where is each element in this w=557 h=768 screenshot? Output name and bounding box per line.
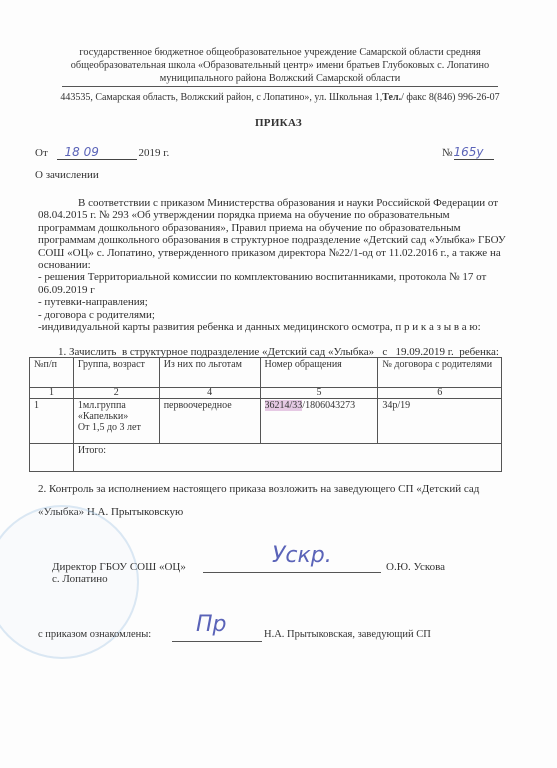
benefit-cell: первоочередное	[159, 399, 260, 444]
request-number-rest: /1806043273	[302, 400, 355, 411]
date-handwritten: 18 09	[57, 145, 137, 160]
total-label: Итого:	[73, 444, 501, 472]
request-number-cell: 36214/33/1806043273	[260, 399, 378, 444]
contract-cell: 34р/19	[378, 399, 502, 444]
address-suffix: / факс 8(846) 996-26-07	[401, 92, 500, 103]
header-cell: Из них по льготам	[159, 358, 260, 388]
column-number: 2	[73, 388, 159, 399]
address-line: 443535, Самарская область, Волжский райо…	[40, 92, 520, 103]
basis-paragraph: В соответствии с приказом Министерства о…	[38, 197, 508, 271]
date-prefix: От	[35, 147, 48, 159]
control-clause: 2. Контроль за исполнением настоящего пр…	[38, 478, 508, 524]
table-row: 1 1мл.группа «Капельки» От 1,5 до 3 лет …	[30, 399, 502, 444]
acknowledged-label: с приказом ознакомлены:	[38, 629, 151, 640]
group-name: 1мл.группа	[78, 400, 155, 411]
order-date: От 18 092019 г.	[35, 145, 169, 160]
row-number: 1	[30, 399, 74, 444]
address-prefix: 443535, Самарская область, Волжский райо…	[60, 92, 382, 103]
column-number: 6	[378, 388, 502, 399]
acknowledged-signature: Пр	[196, 612, 227, 637]
table-header-row: №п/п Группа, возраст Из них по льготам Н…	[30, 358, 502, 388]
organization-header: государственное бюджетное общеобразовате…	[40, 46, 520, 85]
header-cell: Номер обращения	[260, 358, 378, 388]
director-signature: Ускр.	[272, 543, 332, 568]
header-cell: №п/п	[30, 358, 74, 388]
group-age: От 1,5 до 3 лет	[78, 422, 155, 433]
basis-item: - договора с родителями;	[38, 309, 508, 321]
director-location: с. Лопатино	[52, 573, 186, 585]
request-number-highlight: 36214/33	[265, 400, 303, 411]
column-number-row: 1 2 4 5 6	[30, 388, 502, 399]
column-number: 5	[260, 388, 378, 399]
document-page: государственное бюджетное общеобразовате…	[0, 0, 557, 768]
header-cell: № договора с родителями	[378, 358, 502, 388]
basis-item: -индивидуальной карты развития ребенка и…	[38, 321, 508, 333]
header-cell: Группа, возраст	[73, 358, 159, 388]
basis-item: - решения Территориальной комиссии по ко…	[38, 271, 508, 296]
group-age-cell: 1мл.группа «Капельки» От 1,5 до 3 лет	[73, 399, 159, 444]
director-position: Директор ГБОУ СОШ «ОЦ»	[52, 561, 186, 573]
acknowledged-name: Н.А. Прытыковская, заведующий СП	[264, 629, 431, 640]
director-title: Директор ГБОУ СОШ «ОЦ» с. Лопатино	[52, 561, 186, 585]
tel-label: Тел.	[382, 92, 401, 103]
document-title: ПРИКАЗ	[0, 117, 557, 129]
enrollment-table: №п/п Группа, возраст Из них по льготам Н…	[29, 357, 502, 472]
group-title: «Капельки»	[78, 411, 155, 422]
total-empty-cell	[30, 444, 74, 472]
number-handwritten: 165у	[454, 145, 494, 160]
order-basis: В соответствии с приказом Министерства о…	[38, 197, 508, 333]
column-number: 4	[159, 388, 260, 399]
header-divider	[62, 86, 498, 87]
basis-item: - путевки-направления;	[38, 296, 508, 308]
order-subject: О зачислении	[35, 169, 99, 181]
number-prefix: №	[442, 147, 453, 159]
column-number: 1	[30, 388, 74, 399]
order-number: №165у	[442, 145, 494, 160]
director-signature-line	[203, 572, 381, 573]
total-row: Итого:	[30, 444, 502, 472]
director-name: О.Ю. Ускова	[386, 561, 445, 573]
acknowledged-signature-line	[172, 641, 262, 642]
date-suffix: 2019 г.	[139, 147, 170, 159]
